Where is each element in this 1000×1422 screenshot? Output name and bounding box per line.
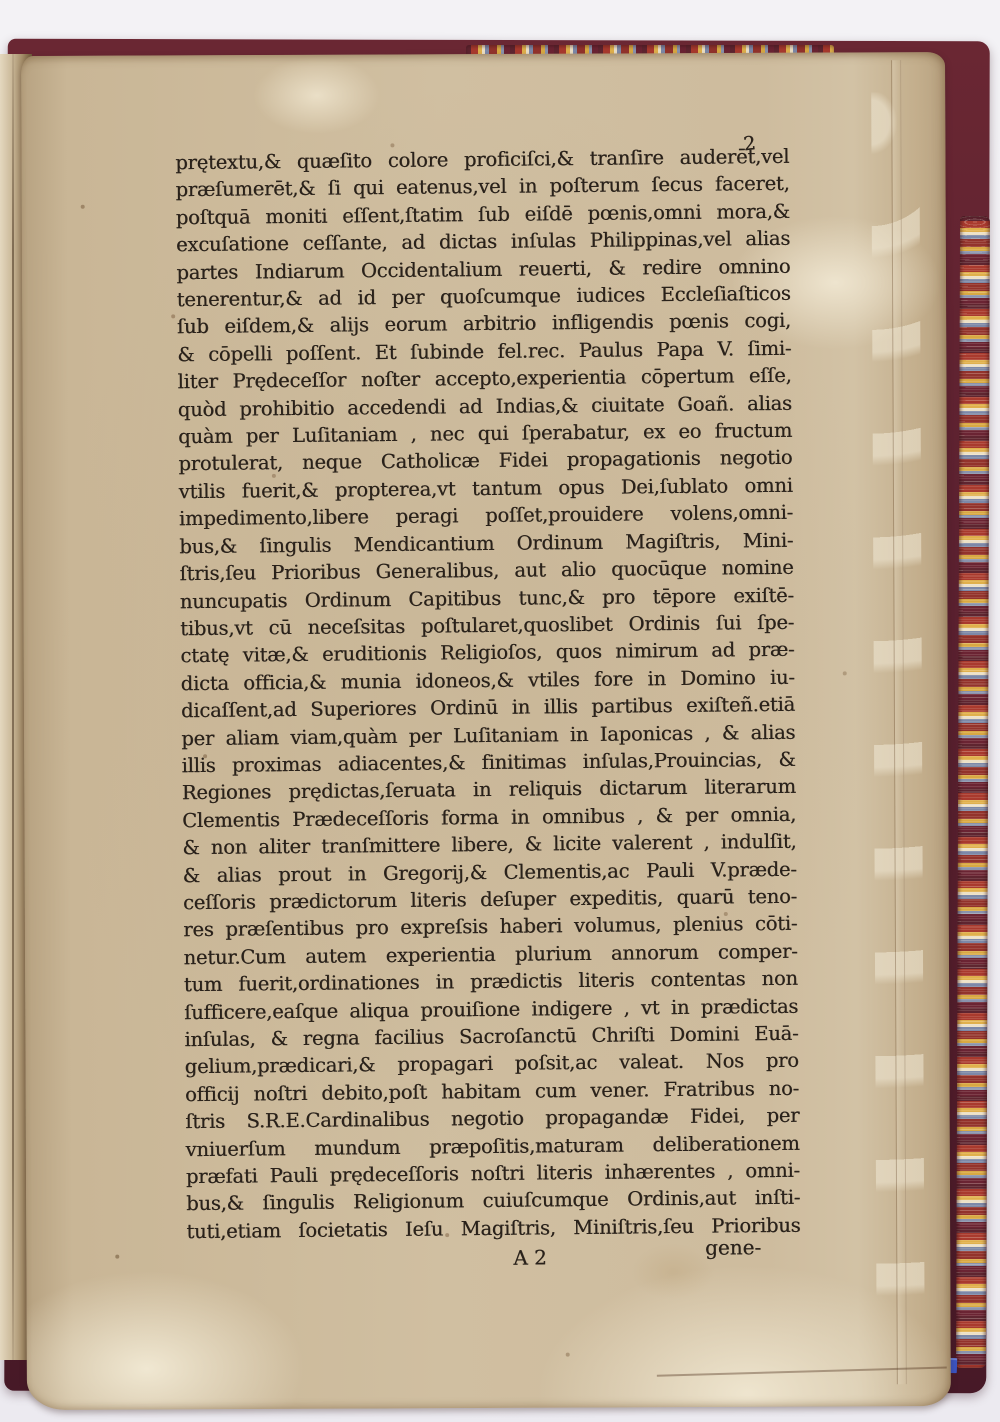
- photo-background: 2 prętextu,& quæſito colore proficiſci,&…: [0, 0, 1000, 1422]
- paper-specks: [21, 56, 23, 58]
- catchword: gene-: [705, 1235, 761, 1260]
- book-page: 2 prętextu,& quæſito colore proficiſci,&…: [21, 52, 951, 1410]
- vertical-page-crease: [891, 60, 907, 1384]
- text-block: prętextu,& quæſito colore proficiſci,& t…: [175, 143, 800, 1246]
- signature-row: A 2 gene-: [183, 1243, 797, 1279]
- marbled-fore-edge: [956, 216, 990, 1368]
- signature-mark: A 2: [513, 1245, 547, 1269]
